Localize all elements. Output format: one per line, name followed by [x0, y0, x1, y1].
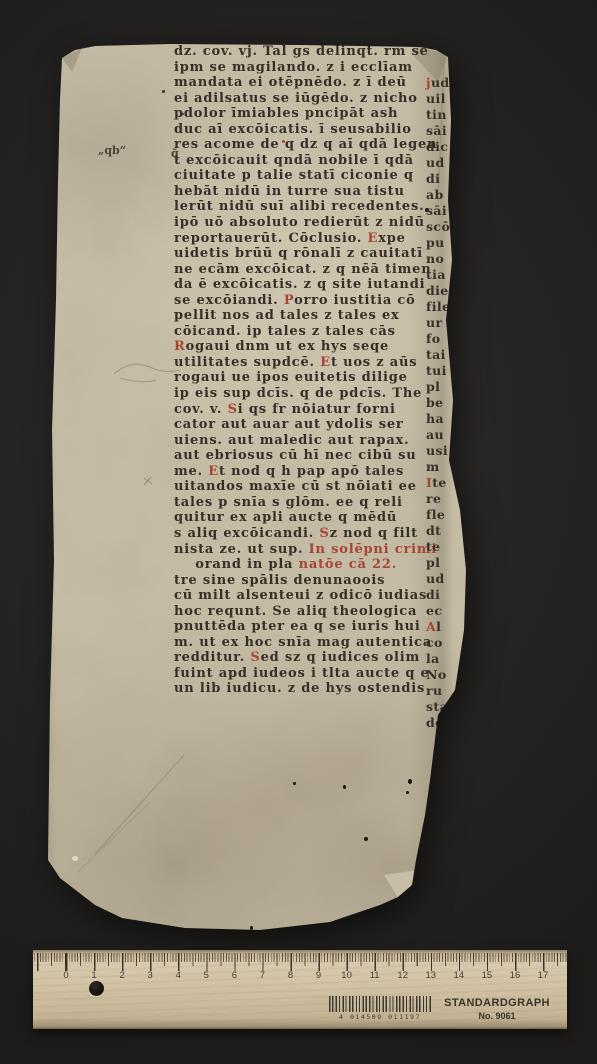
ink-text: mandata ei otēpnēdo. z ī deū: [174, 75, 407, 90]
manuscript-line: tre sine spālis denunaoois: [174, 573, 460, 589]
manuscript-text: dz. cov. vj. Tal gs delinqt. rm seipm se…: [174, 44, 460, 697]
ink-text: ogaui dnm ut ex hys seqe: [186, 339, 389, 354]
rubric-text: E: [368, 231, 379, 246]
ink-text: z nod q filt: [330, 526, 418, 541]
ink-text: ne ecām excōicat. z q nēā timen: [174, 262, 432, 277]
ink-text: hebāt nidū in turre sua tistu: [174, 184, 405, 199]
manuscript-line: quitur ex apli aucte q mēdū: [174, 510, 460, 526]
ink-text: t nod q h pap apō tales: [219, 464, 404, 479]
ink-text: ipm se magilando. z i ecclīam: [174, 60, 413, 75]
cm-number: 1: [91, 970, 96, 981]
column2-fragment: dic: [426, 139, 460, 155]
manuscript-line: rogaui ue ipos euitetis dilige: [174, 370, 460, 386]
ink-text: ipō uō absoluto redierūt z nidū: [174, 215, 425, 230]
ink-text: cov. v.: [174, 402, 228, 417]
manuscript-line: redditur. Sed sz q iudices olim: [174, 650, 460, 666]
rubric-text: S: [319, 526, 329, 541]
manuscript-line: t excōicauit qndā nobile ī qdā: [174, 153, 460, 169]
ink-dot: [162, 90, 165, 93]
column2-fragment: tia: [426, 267, 460, 283]
column2-fragment: ud: [426, 571, 460, 587]
column2-fragment: pu: [426, 235, 460, 251]
ink-text: quitur ex apli aucte q mēdū: [174, 510, 397, 525]
ink-text: cū milt alsenteui z odicō iudias: [174, 588, 427, 603]
manuscript-line: pellit nos ad tales z tales ex: [174, 308, 460, 324]
manuscript-line: duc aī excōicatis. ī seusabilio: [174, 122, 460, 138]
ink-text: orand in pla: [174, 557, 299, 572]
surface-chip: [72, 856, 78, 861]
column2-fragment: uil: [426, 91, 460, 107]
column2-fragment: de: [426, 715, 460, 731]
manuscript-line: lerūt nidū suī alibi recedentes.: [174, 199, 460, 215]
column2-fragment: sāi: [426, 123, 460, 139]
barcode: 4 014509 011197: [329, 996, 431, 1021]
ink-text: t uos z aūs: [331, 355, 417, 370]
ink-text: pnuttēda pter ea q se iuris hui: [174, 619, 421, 634]
cm-number: 11: [370, 970, 380, 981]
ink-text: fuint apd iudeos i tlta aucte q e: [174, 666, 430, 681]
rubric-text: S: [228, 402, 238, 417]
manuscript-line: res acome de q dz q aī qdā legen: [174, 137, 460, 153]
ink-text: utilitates supdcē.: [174, 355, 320, 370]
column2-fragment: sāi: [426, 203, 460, 219]
manuscript-line: orand in pla natōe cā 22.: [174, 557, 460, 573]
manuscript-line: cator aut auar aut ydolis ser: [174, 417, 460, 433]
column2-fragment: ru: [426, 683, 460, 699]
ink-text: m. ut ex hoc snīa mag autentica: [174, 635, 432, 650]
manuscript-line: un lib iudicu. z de hys ostendis: [174, 681, 460, 697]
column2-fragment: dt: [426, 523, 460, 539]
margin-quote-mark: „qb“: [98, 144, 126, 157]
ink-text: res acome de q dz q aī qdā legen: [174, 137, 437, 152]
cm-number: 8: [288, 970, 293, 981]
ink-text: se excōiandi.: [174, 293, 284, 308]
manuscript-line: uidetis brūū q rōnalī z cauitatī: [174, 246, 460, 262]
rubric-text: E: [320, 355, 331, 370]
ruler-brand-block: STANDARDGRAPH No. 9061: [431, 997, 563, 1021]
manuscript-line: uitandos maxīe cū st nōiati ee: [174, 479, 460, 495]
manuscript-line: utilitates supdcē. Et uos z aūs: [174, 355, 460, 371]
cm-number: 15: [482, 970, 493, 981]
column2-fragment: no: [426, 251, 460, 267]
rubric-text: E: [208, 464, 219, 479]
manuscript-line: dz. cov. vj. Tal gs delinqt. rm se: [174, 44, 460, 60]
ink-text: orro iustitia cō: [294, 293, 416, 308]
ink-text: rogaui ue ipos euitetis dilige: [174, 370, 408, 385]
ink-text: da ē excōicatis. z q site iutandi: [174, 277, 425, 292]
wormhole: [408, 779, 412, 784]
ink-text: t excōicauit qndā nobile ī qdā: [174, 153, 414, 168]
column2-fragment: ha: [426, 411, 460, 427]
column2-fragment: jud: [426, 75, 460, 91]
ruler-model-number: No. 9061: [431, 1011, 563, 1021]
column2-fragment: file: [426, 299, 460, 315]
ink-text: pellit nos ad tales z tales ex: [174, 308, 400, 323]
column2-fragment: fo: [426, 331, 460, 347]
ink-text: pdolor īmiables pncipāt ash: [174, 106, 398, 121]
cm-number: 12: [397, 970, 408, 981]
cm-number: 17: [538, 970, 549, 981]
second-column-fragments: juduiltinsāidicuddiabsāiscōpunotiadiefil…: [426, 75, 460, 731]
manuscript-line: uiens. aut maledic aut rapax.: [174, 433, 460, 449]
rubric-text: natōe cā 22.: [299, 557, 397, 572]
ink-text: s aliq excōicandi.: [174, 526, 319, 541]
manuscript-line: aut ebriosus cū hī nec cibū su: [174, 448, 460, 464]
column2-fragment: re: [426, 491, 460, 507]
margin-pen-flourish: [114, 364, 180, 381]
ink-text: hoc requnt. Se aliq theologica: [174, 604, 417, 619]
manuscript-line: tales p snīa s glōm. ee q reli: [174, 495, 460, 511]
manuscript-line: reportauerūt. Cōclusio. Expe: [174, 231, 460, 247]
speck: [250, 926, 253, 930]
speck: [343, 785, 346, 789]
cm-number: 2: [119, 970, 124, 981]
cm-number: 16: [510, 970, 521, 981]
photo-stage: „qb“ q̃ dz. cov. vj. Tal gs delinqt. rm …: [0, 0, 597, 1064]
manuscript-line: se excōiandi. Porro iustitia cō: [174, 293, 460, 309]
column2-fragment: Ite: [426, 475, 460, 491]
ink-text: ciuitate p talie statī ciconie q: [174, 168, 414, 183]
manuscript-line: pnuttēda pter ea q se iuris hui: [174, 619, 460, 635]
manuscript-line: ei adilsatus se iūgēdo. z nicho: [174, 91, 460, 107]
manuscript-line: m. ut ex hoc snīa mag autentica: [174, 635, 460, 651]
column2-fragment: di: [426, 587, 460, 603]
ink-text: ed sz q iudices olim: [261, 650, 420, 665]
rubric-text: P: [284, 293, 294, 308]
ink-text: duc aī excōicatis. ī seusabilio: [174, 122, 412, 137]
manuscript-line: hebāt nidū in turre sua tistu: [174, 184, 460, 200]
ink-text: redditur.: [174, 650, 250, 665]
ink-text: nista ze. ut sup.: [174, 542, 309, 557]
manuscript-line: pdolor īmiables pncipāt ash: [174, 106, 460, 122]
column2-fragment: scō: [426, 219, 460, 235]
barcode-bars: [329, 996, 431, 1012]
ink-text: tales p snīa s glōm. ee q reli: [174, 495, 403, 510]
ink-text: ei adilsatus se iūgēdo. z nicho: [174, 91, 418, 106]
manuscript-line: cov. v. Si qs fr nōiatur forni: [174, 402, 460, 418]
column2-fragment: be: [426, 395, 460, 411]
manuscript-line: cū milt alsenteui z odicō iudias: [174, 588, 460, 604]
manuscript-line: nista ze. ut sup. In solēpni crimi: [174, 542, 460, 558]
manuscript-line: ipm se magilando. z i ecclīam: [174, 60, 460, 76]
manuscript-line: da ē excōicatis. z q site iutandi: [174, 277, 460, 293]
ink-text: uiens. aut maledic aut rapax.: [174, 433, 409, 448]
column2-fragment: au: [426, 427, 460, 443]
column2-fragment: die: [426, 283, 460, 299]
manuscript-line: s aliq excōicandi. Sz nod q filt: [174, 526, 460, 542]
cm-number: 14: [454, 970, 465, 981]
column2-fragment: pl: [426, 555, 460, 571]
cm-number: 0: [63, 970, 68, 981]
ink-text: tre sine spālis denunaoois: [174, 573, 385, 588]
ruler-hanging-hole: [89, 981, 104, 996]
manuscript-line: ciuitate p talie statī ciconie q: [174, 168, 460, 184]
ink-text: xpe: [378, 231, 406, 246]
manuscript-line: cōicand. ip tales z tales cās: [174, 324, 460, 340]
ink-text: un lib iudicu. z de hys ostendis: [174, 681, 425, 696]
cm-number: 4: [176, 970, 181, 981]
ink-text: lerūt nidū suī alibi recedentes.: [174, 199, 424, 214]
cm-number: 6: [232, 970, 237, 981]
ink-text: cator aut auar aut ydolis ser: [174, 417, 404, 432]
column2-fragment: la: [426, 651, 460, 667]
rubric-text: S: [250, 650, 260, 665]
barcode-digits: 4 014509 011197: [329, 1013, 431, 1021]
column2-fragment: tin: [426, 107, 460, 123]
cm-number: 7: [260, 970, 265, 981]
column2-fragment: ur: [426, 315, 460, 331]
cm-number: 10: [341, 970, 352, 981]
parchment-surface: „qb“ q̃ dz. cov. vj. Tal gs delinqt. rm …: [40, 42, 470, 937]
cm-number: 9: [316, 970, 321, 981]
ruler-brand-name: STANDARDGRAPH: [431, 997, 563, 1009]
column2-fragment: tai: [426, 347, 460, 363]
column2-fragment: ud: [426, 155, 460, 171]
speck: [293, 782, 296, 785]
manuscript-line: me. Et nod q h pap apō tales: [174, 464, 460, 480]
centimeter-ticks: [33, 953, 567, 971]
cm-number: 5: [204, 970, 209, 981]
manuscript-line: ipō uō absoluto redierūt z nidū: [174, 215, 460, 231]
ink-text: i qs fr nōiatur forni: [238, 402, 396, 417]
column2-fragment: ec: [426, 603, 460, 619]
cm-number: 13: [425, 970, 436, 981]
ink-text: me.: [174, 464, 208, 479]
manuscript-line: mandata ei otēpnēdo. z ī deū: [174, 75, 460, 91]
column2-fragment: usi: [426, 443, 460, 459]
column2-fragment: tui: [426, 363, 460, 379]
ink-text: uidetis brūū q rōnalī z cauitatī: [174, 246, 423, 261]
manuscript-line: Rogaui dnm ut ex hys seqe: [174, 339, 460, 355]
column2-fragment: sta: [426, 699, 460, 715]
column2-fragment: te: [426, 539, 460, 555]
ink-text: uitandos maxīe cū st nōiati ee: [174, 479, 417, 494]
column2-fragment: di: [426, 171, 460, 187]
manuscript-line: ip eis sup dcīs. q de pdcīs. The: [174, 386, 460, 402]
speck: [315, 924, 318, 927]
ink-text: aut ebriosus cū hī nec cibū su: [174, 448, 417, 463]
column2-fragment: No: [426, 667, 460, 683]
manuscript-line: fuint apd iudeos i tlta aucte q e: [174, 666, 460, 682]
column2-fragment: pl: [426, 379, 460, 395]
cm-number: 3: [148, 970, 153, 981]
speck: [406, 791, 409, 794]
column2-fragment: m: [426, 459, 460, 475]
ink-text: reportauerūt. Cōclusio.: [174, 231, 368, 246]
column2-fragment: ab: [426, 187, 460, 203]
column2-fragment: Al: [426, 619, 460, 635]
parchment-leaf: „qb“ q̃ dz. cov. vj. Tal gs delinqt. rm …: [40, 42, 470, 937]
manuscript-line: hoc requnt. Se aliq theologica: [174, 604, 460, 620]
rubric-text: R: [174, 339, 186, 354]
manuscript-line: ne ecām excōicat. z q nēā timen: [174, 262, 460, 278]
rubric-text: In solēpni crimi: [309, 542, 437, 557]
scale-ruler: 01234567891011121314151617 4 014509 0111…: [33, 950, 567, 1029]
column2-fragment: fle: [426, 507, 460, 523]
column2-fragment: co: [426, 635, 460, 651]
speck: [364, 837, 368, 841]
ink-text: cōicand. ip tales z tales cās: [174, 324, 396, 339]
ink-text: dz. cov. vj. Tal gs delinqt. rm se: [174, 44, 429, 59]
ink-text: ip eis sup dcīs. q de pdcīs. The: [174, 386, 422, 401]
